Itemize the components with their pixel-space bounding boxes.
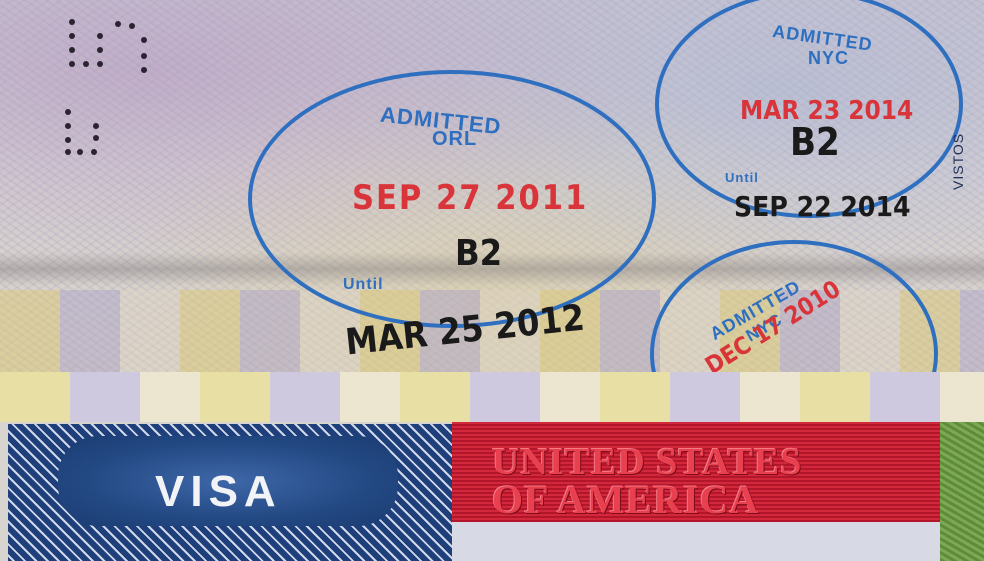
passport-page: ADMITTED ORL SEP 27 2011 B2 Until MAR 25… (0, 0, 984, 372)
stamp-port: ORL (432, 128, 477, 151)
stamp-until-date: SEP 22 2014 (734, 190, 911, 223)
stamp-class: B2 (790, 120, 840, 164)
country-line2: OF AMERICA (492, 476, 759, 523)
page-label: VISTOS (950, 133, 966, 190)
visa-title: VISA (155, 467, 282, 517)
country-header-band: UNITED STATES OF AMERICA (452, 422, 940, 522)
green-security-pattern (940, 422, 984, 561)
perforation-marks (55, 15, 165, 235)
stamp-class: B2 (455, 233, 502, 274)
security-pattern (0, 372, 984, 422)
stamp-until-label: Until (725, 170, 759, 185)
stamp-until-label: Until (343, 276, 384, 294)
visa-header-band: VISA (8, 424, 452, 561)
stamp-port: NYC (808, 48, 849, 69)
stamp-admit-date: SEP 27 2011 (352, 178, 588, 218)
